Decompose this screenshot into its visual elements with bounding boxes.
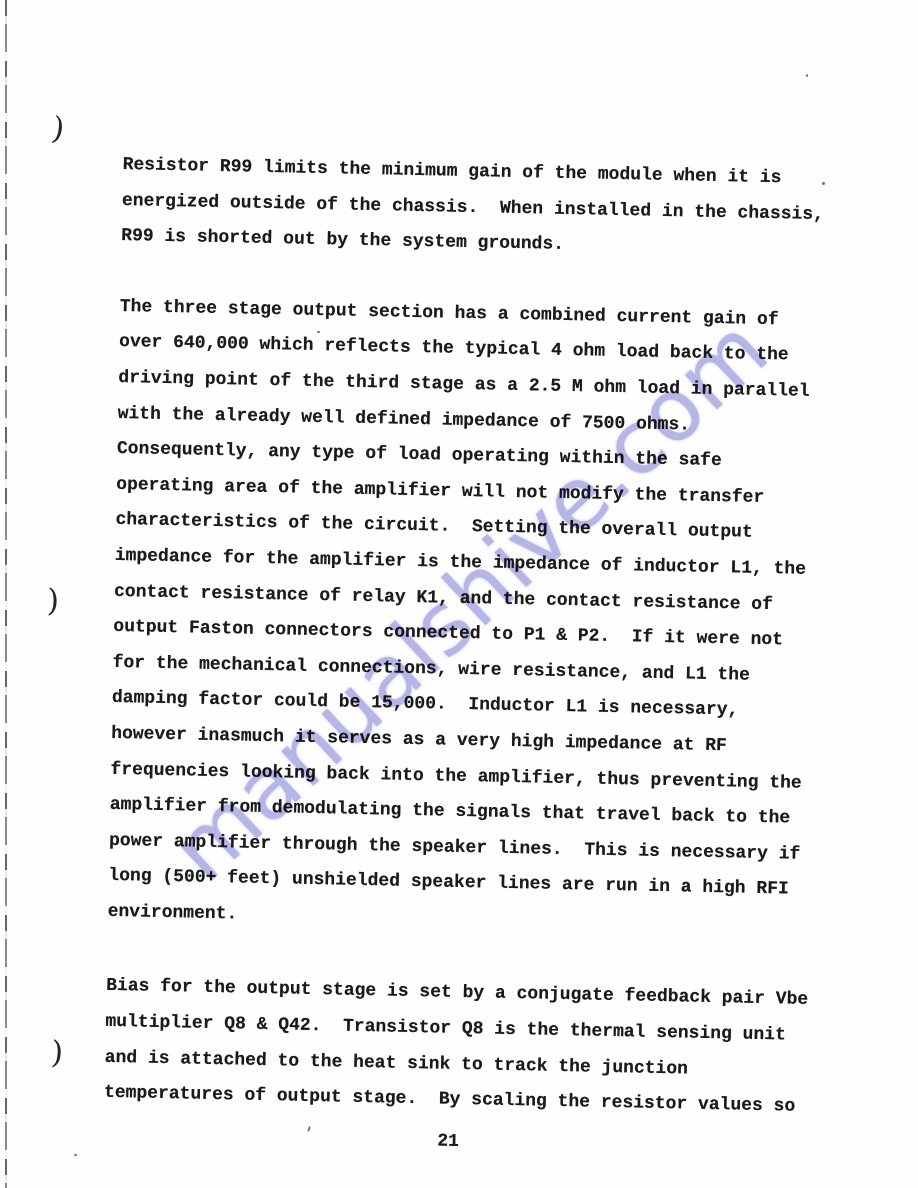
scan-edge-artifact-line (5, 0, 7, 1188)
paragraph-output-section: The three stage output section has a com… (107, 290, 840, 945)
page-number: 21 (103, 1118, 794, 1167)
margin-paren-mark: ) (50, 113, 67, 146)
scan-speck (74, 1154, 77, 1156)
scan-speck (806, 74, 808, 77)
margin-paren-mark: ) (50, 1038, 64, 1070)
scan-speck (822, 182, 825, 185)
typed-text-block: Resistor R99 limits the minimum gain of … (103, 148, 843, 1168)
margin-paren-mark: ) (46, 586, 59, 617)
paragraph-resistor-r99: Resistor R99 limits the minimum gain of … (121, 148, 843, 269)
paragraph-bias-output-stage: Bias for the output stage is set by a co… (104, 969, 827, 1126)
scanned-document-page: ) ) ) Resistor R99 limits the minimum ga… (0, 0, 918, 1188)
scan-speck (317, 331, 320, 333)
